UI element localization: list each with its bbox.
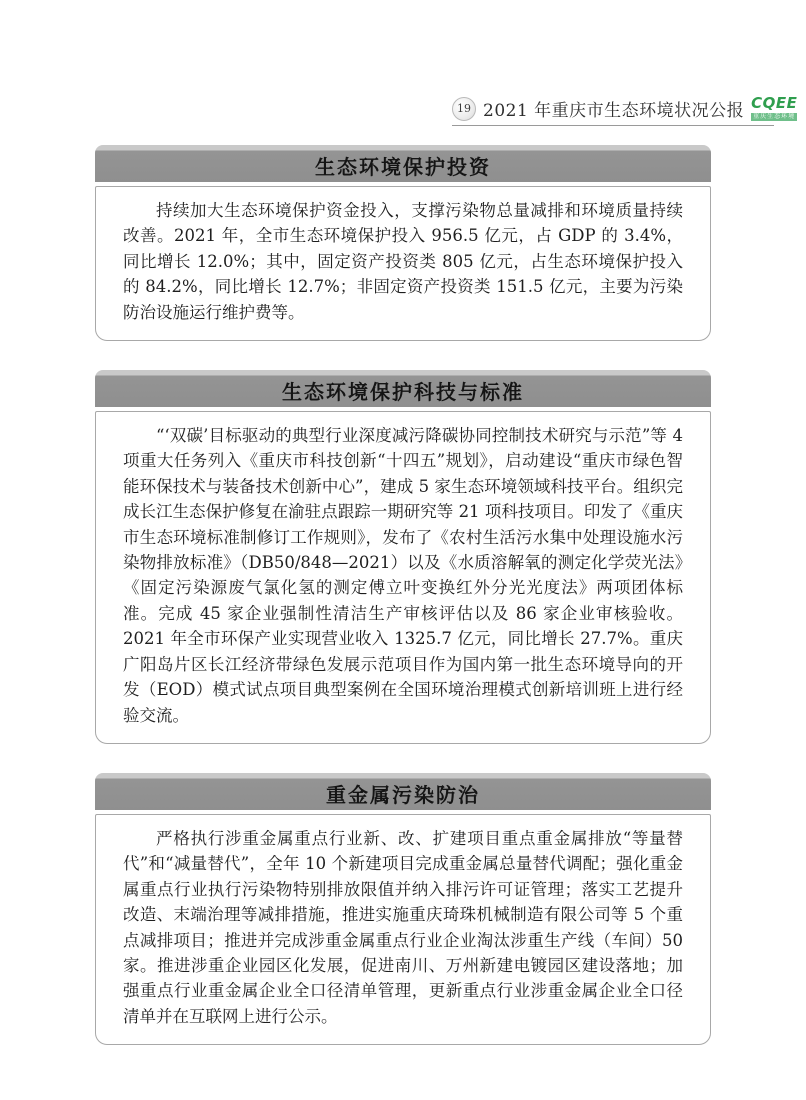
page-number: 19 — [457, 102, 471, 115]
section-header-bar: 生态环境保护科技与标准 — [95, 370, 711, 407]
section-title: 生态环境保护科技与标准 — [282, 372, 524, 405]
cqee-logo: CQEE 重庆生态环境 — [751, 96, 797, 121]
section-paragraph: 严格执行涉重金属重点行业新、改、扩建项目重点重金属排放“等量替代”和“减量替代”… — [123, 826, 683, 1029]
section-header-bar: 生态环境保护投资 — [95, 145, 711, 182]
section-heavy-metal: 重金属污染防治 严格执行涉重金属重点行业新、改、扩建项目重点重金属排放“等量替代… — [95, 773, 711, 1045]
header-rule — [452, 125, 774, 126]
section-investment: 生态环境保护投资 持续加大生态环境保护资金投入，支撑污染物总量减排和环境质量持续… — [95, 145, 711, 341]
running-head-row: 19 2021 年重庆市生态环境状况公报 CQEE 重庆生态环境 — [452, 96, 774, 121]
report-title: 2021 年重庆市生态环境状况公报 — [483, 96, 744, 121]
logo-text: CQEE — [751, 96, 797, 111]
section-paragraph: “‘双碳’目标驱动的典型行业深度减污降碳协同控制技术研究与示范”等 4 项重大任… — [123, 423, 683, 728]
section-title: 重金属污染防治 — [326, 775, 480, 808]
page-number-badge: 19 — [452, 97, 476, 121]
logo-subtitle: 重庆生态环境 — [751, 113, 797, 121]
running-head: 19 2021 年重庆市生态环境状况公报 CQEE 重庆生态环境 — [452, 92, 774, 126]
document-page: 19 2021 年重庆市生态环境状况公报 CQEE 重庆生态环境 生态环境保护投… — [0, 0, 806, 1100]
section-title: 生态环境保护投资 — [315, 147, 491, 180]
section-body: 持续加大生态环境保护资金投入，支撑污染物总量减排和环境质量持续改善。2021 年… — [95, 186, 711, 341]
section-body: “‘双碳’目标驱动的典型行业深度减污降碳协同控制技术研究与示范”等 4 项重大任… — [95, 411, 711, 744]
section-science-standards: 生态环境保护科技与标准 “‘双碳’目标驱动的典型行业深度减污降碳协同控制技术研究… — [95, 370, 711, 744]
section-header-bar: 重金属污染防治 — [95, 773, 711, 810]
section-paragraph: 持续加大生态环境保护资金投入，支撑污染物总量减排和环境质量持续改善。2021 年… — [123, 198, 683, 325]
sections-container: 生态环境保护投资 持续加大生态环境保护资金投入，支撑污染物总量减排和环境质量持续… — [95, 145, 711, 1074]
section-body: 严格执行涉重金属重点行业新、改、扩建项目重点重金属排放“等量替代”和“减量替代”… — [95, 814, 711, 1045]
